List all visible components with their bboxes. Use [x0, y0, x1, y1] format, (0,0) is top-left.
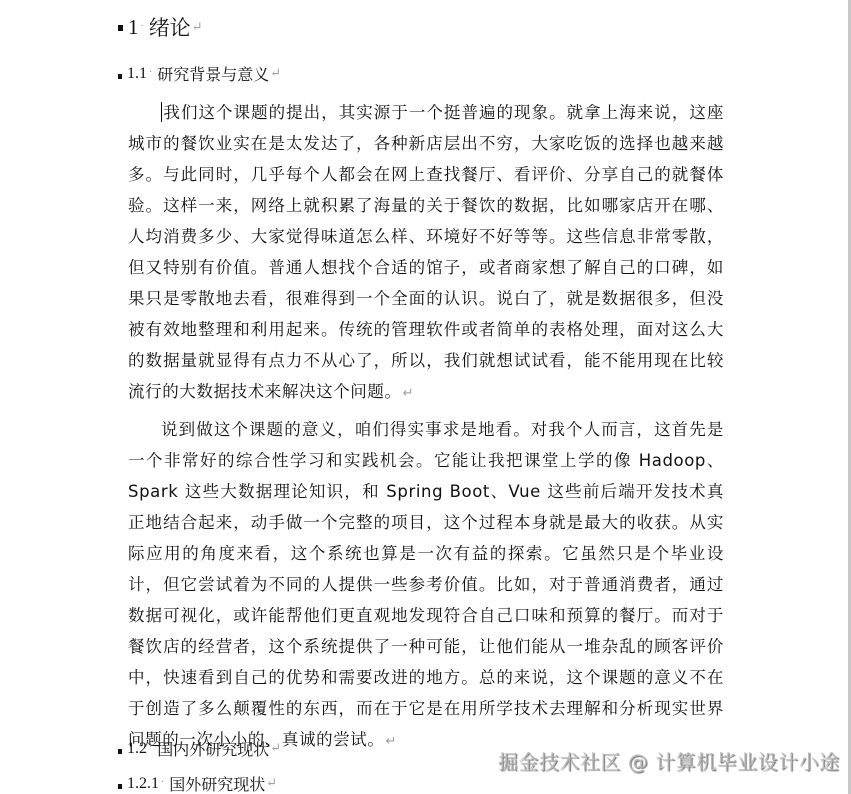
paragraph-mark-icon: ↵ — [386, 734, 398, 749]
number-separator: · — [161, 777, 164, 788]
heading-title: 研究背景与意义 — [157, 62, 269, 85]
heading-list-marker — [118, 749, 122, 754]
heading-1-introduction[interactable]: 1 · 绪论 ↵ — [118, 12, 203, 42]
heading-number: 1 — [128, 15, 139, 40]
heading-title: 绪论 — [149, 12, 191, 42]
heading-list-marker — [118, 25, 123, 31]
heading-title: 国内外研究现状 — [157, 737, 269, 760]
watermark: 掘金技术社区 @ 计算机毕业设计小途 — [498, 746, 840, 775]
body-paragraph-2[interactable]: 说到做这个课题的意义，咱们得实事求是地看。对我个人而言，这首先是一个非常好的综合… — [128, 414, 724, 757]
body-paragraph-1[interactable]: 我们这个课题的提出，其实源于一个挺普遍的现象。就拿上海来说，这座城市的餐饮业实在… — [128, 97, 724, 409]
number-separator: · — [141, 21, 144, 32]
number-separator: · — [149, 67, 152, 78]
heading-1-1-background[interactable]: 1.1 · 研究背景与意义 ↵ — [118, 62, 281, 85]
heading-title: 国外研究现状 — [169, 772, 265, 794]
heading-1-2-1-foreign-research[interactable]: 1.2.1 · 国外研究现状 ↵ — [118, 772, 277, 794]
paragraph-mark-icon: ↵ — [270, 741, 281, 756]
document-page[interactable]: 1 · 绪论 ↵ 1.1 · 研究背景与意义 ↵ 我们这个课题的提出，其实源于一… — [0, 0, 848, 794]
text-cursor — [161, 102, 162, 122]
paragraph-text: 我们这个课题的提出，其实源于一个挺普遍的现象。就拿上海来说，这座城市的餐饮业实在… — [128, 103, 724, 401]
paragraph-mark-icon: ↵ — [266, 776, 277, 791]
paragraph-mark-icon: ↵ — [192, 20, 203, 35]
paragraph-mark-icon: ↵ — [403, 386, 415, 401]
paragraph-mark-icon: ↵ — [270, 66, 281, 81]
number-separator: · — [149, 742, 152, 753]
heading-number: 1.1 — [127, 65, 147, 83]
heading-1-2-research-status[interactable]: 1.2 · 国内外研究现状 ↵ — [118, 737, 281, 760]
heading-list-marker — [118, 74, 122, 79]
heading-number: 1.2.1 — [127, 775, 159, 793]
heading-number: 1.2 — [127, 740, 147, 758]
heading-list-marker — [118, 784, 122, 789]
paragraph-text: 说到做这个课题的意义，咱们得实事求是地看。对我个人而言，这首先是一个非常好的综合… — [128, 420, 724, 749]
